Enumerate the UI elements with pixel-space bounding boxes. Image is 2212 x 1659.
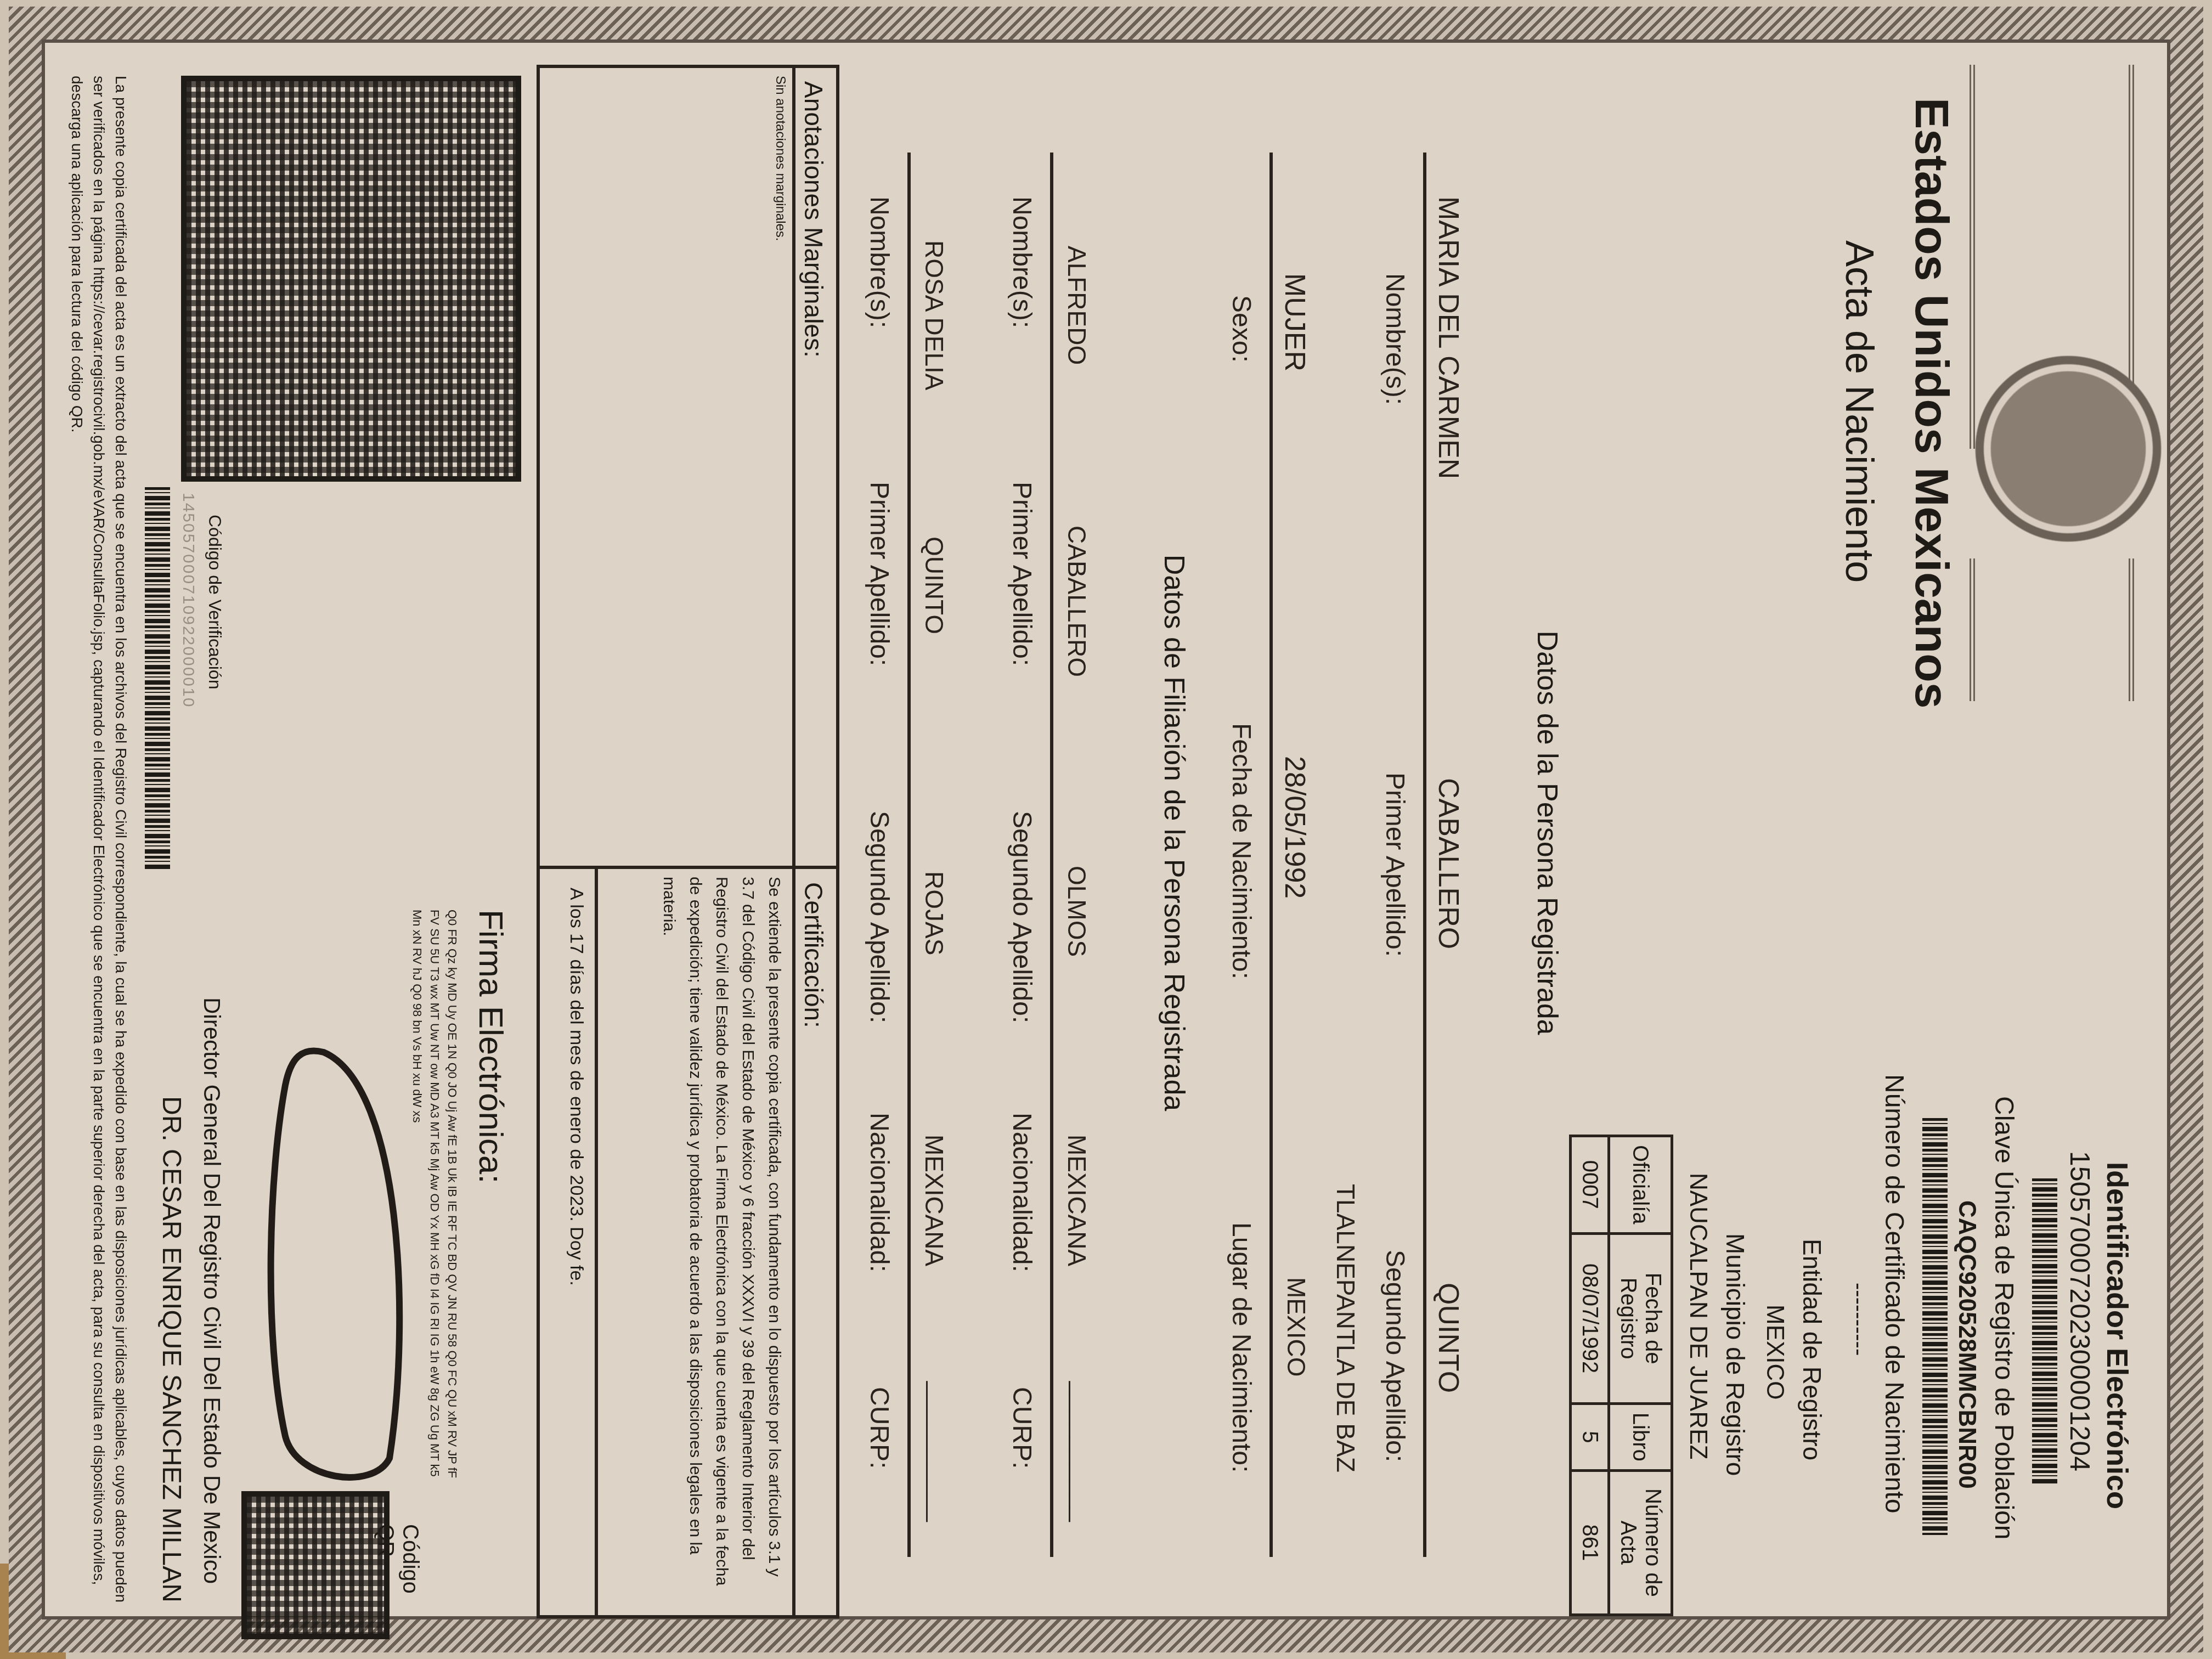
persona-primer-apellido: CABALLERO: [1432, 778, 1465, 949]
document-title: Acta de Nacimiento: [1837, 240, 1882, 583]
divider: [1269, 153, 1273, 1557]
persona-fecha-nacimiento: 28/05/1992: [1278, 756, 1311, 899]
padre-primer-apellido: CABALLERO: [1062, 526, 1092, 677]
padre-nacionalidad: MEXICANA: [1062, 1135, 1092, 1266]
persona-segundo-apellido: QUINTO: [1432, 1283, 1465, 1393]
signature-qr-code: [241, 1491, 390, 1639]
label-padre-nombres: Nombre(s):: [1007, 196, 1037, 328]
identificador-barcode: [2032, 1178, 2057, 1486]
birth-certificate-document: Estados Unidos Mexicanos Acta de Nacimie…: [9, 7, 2203, 1652]
label-lugar-nacimiento: Lugar de Nacimiento:: [1226, 1222, 1256, 1472]
persona-section-title: Datos de la Persona Registrada: [1531, 43, 1564, 1623]
certificado-label: Número de Certificado de Nacimiento: [1879, 1074, 1909, 1513]
madre-primer-apellido: QUINTO: [919, 537, 949, 634]
label-segundo-apellido: Segundo Apellido:: [1380, 1250, 1410, 1462]
label-madre-nacionalidad: Nacionalidad:: [864, 1113, 894, 1272]
padre-segundo-apellido: OLMOS: [1062, 866, 1092, 957]
value-numero-acta: 861: [1571, 1470, 1609, 1615]
madre-nacionalidad: MEXICANA: [919, 1135, 949, 1266]
entidad-value: MEXICO: [1761, 1305, 1788, 1400]
national-seal-icon: [1970, 350, 2167, 548]
certificado-value: ----------: [1846, 1283, 1871, 1356]
label-madre-curp: CURP:: [864, 1387, 894, 1469]
madre-curp: __________: [925, 1381, 955, 1522]
madre-segundo-apellido: ROJAS: [919, 871, 949, 955]
label-madre-segundo-apellido: Segundo Apellido:: [864, 811, 894, 1023]
verificacion-value: 145057000710922000010: [179, 493, 198, 708]
municipio-value: NAUCALPAN DE JUAREZ: [1684, 1173, 1712, 1459]
lugar-nacimiento-estado: MEXICO: [1282, 1277, 1311, 1376]
label-padre-primer-apellido: Primer Apellido:: [1007, 482, 1037, 666]
identificador-value: 150570007202300001204: [2064, 1151, 2096, 1471]
anotaciones-title: Anotaciones Marginales:: [799, 81, 828, 358]
verificacion-barcode: [145, 487, 170, 871]
value-fecha-registro: 08/07/1992: [1571, 1233, 1609, 1403]
aztec-ornament-right: [1970, 558, 2134, 701]
municipio-label: Municipio de Registro: [1720, 1233, 1750, 1476]
padre-nombres: ALFREDO: [1062, 246, 1092, 365]
label-madre-primer-apellido: Primer Apellido:: [864, 482, 894, 666]
label-padre-segundo-apellido: Segundo Apellido:: [1007, 811, 1037, 1023]
box-divider-fecha: [595, 866, 598, 1615]
value-libro: 5: [1571, 1403, 1609, 1470]
identificador-label: Identificador Electrónico: [2100, 1162, 2134, 1509]
certificacion-title: Certificación:: [799, 882, 828, 1028]
anotaciones-text: Sin anotaciones marginales.: [770, 76, 790, 241]
padre-curp: __________: [1068, 1381, 1097, 1522]
director-name: DR. CESAR ENRIQUE SANCHEZ MILLAN: [156, 1096, 187, 1602]
divider: [907, 153, 911, 1557]
persona-nombres: MARIA DEL CARMEN: [1432, 196, 1465, 479]
madre-nombres: ROSA DELIA: [919, 240, 949, 391]
handwritten-signature: [247, 1008, 422, 1502]
header-oficialia: Oficialía: [1609, 1136, 1672, 1234]
value-oficialia: 0007: [1571, 1136, 1609, 1234]
label-madre-nombres: Nombre(s):: [864, 196, 894, 328]
label-padre-nacionalidad: Nacionalidad:: [1007, 1113, 1037, 1272]
curp-value: CAQC920528MMCBNR00: [1953, 1200, 1980, 1489]
curp-barcode: [1922, 1118, 1948, 1535]
label-primer-apellido: Primer Apellido:: [1380, 772, 1410, 957]
divider: [1423, 153, 1426, 1557]
verification-qr-code: [181, 76, 521, 482]
country-title: Estados Unidos Mexicanos: [1904, 98, 1959, 709]
header-libro: Libro: [1609, 1403, 1672, 1470]
lugar-nacimiento-municipio: TLALNEPANTLA DE BAZ: [1331, 1184, 1361, 1472]
certificacion-fecha: A los 17 días del mes de enero de 2023. …: [566, 888, 587, 1286]
entidad-label: Entidad de Registro: [1797, 1239, 1827, 1460]
label-fecha-nacimiento: Fecha de Nacimiento:: [1226, 723, 1256, 979]
header-fecha-registro: Fecha de Registro: [1609, 1233, 1672, 1403]
verificacion-label: Código de Verificación: [205, 515, 225, 689]
label-padre-curp: CURP:: [1007, 1387, 1037, 1469]
firma-title: Firma Electrónica:: [471, 910, 510, 1184]
registry-table: Oficialía Fecha de Registro Libro Número…: [1569, 1135, 1673, 1616]
curp-label: Clave Única de Registro de Población: [1989, 1096, 2019, 1539]
document-body: Estados Unidos Mexicanos Acta de Nacimie…: [42, 39, 2170, 1620]
divider: [1050, 153, 1053, 1557]
persona-sexo: MUJER: [1278, 273, 1311, 371]
filiacion-section-title: Datos de Filiación de la Persona Registr…: [1158, 43, 1190, 1623]
certificacion-text: Se extiende la presente copia certificad…: [656, 877, 787, 1601]
footer-legal-text: La presente copia certificada del acta e…: [66, 76, 132, 1612]
label-sexo: Sexo:: [1226, 295, 1256, 363]
box-divider-horizontal: [792, 65, 795, 1615]
label-nombres: Nombre(s):: [1380, 273, 1410, 405]
director-title: Director General Del Registro Civil Del …: [199, 997, 225, 1584]
header-numero-acta: Número de Acta: [1609, 1470, 1672, 1615]
